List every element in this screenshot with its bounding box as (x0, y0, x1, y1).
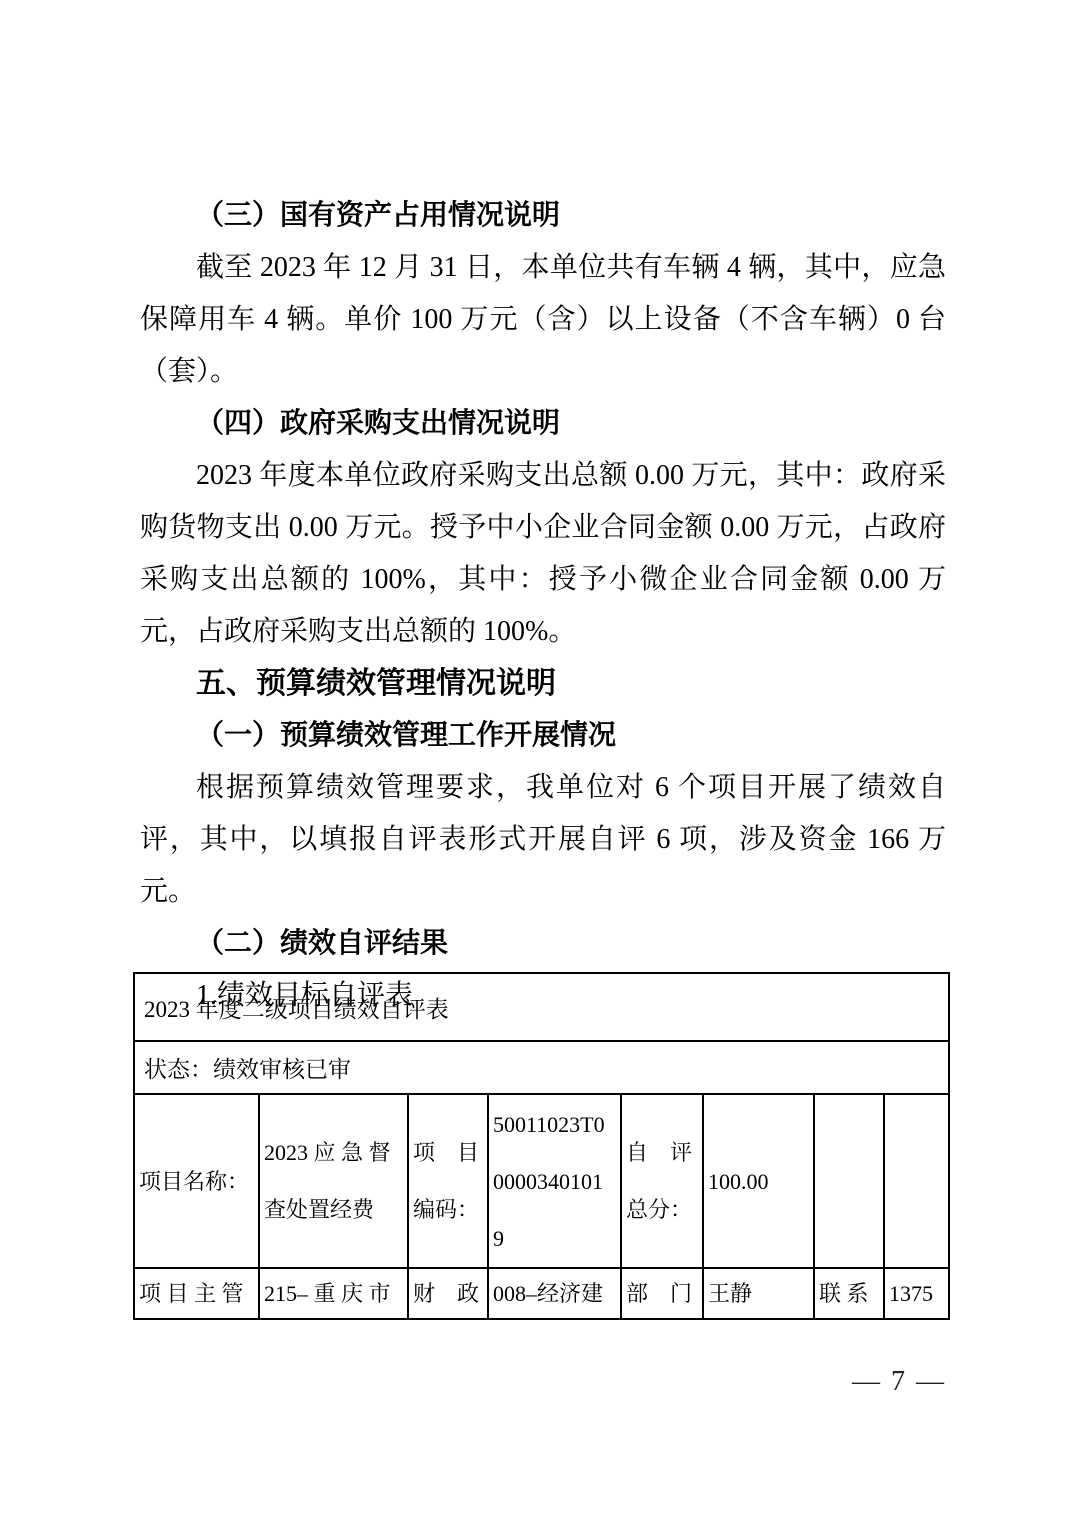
document-page: （三）国有资产占用情况说明 截至 2023 年 12 月 31 日，本单位共有车… (0, 0, 1074, 1520)
subheading-gov-procurement: （四）政府采购支出情况说明 (140, 398, 946, 450)
paragraph-gov-procurement: 2023 年度本单位政府采购支出总额 0.00 万元，其中：政府采购货物支出 0… (140, 450, 946, 658)
paragraph-state-assets: 截至 2023 年 12 月 31 日，本单位共有车辆 4 辆，其中，应急保障用… (140, 242, 946, 398)
table-status: 状态：绩效审核已审 (134, 1041, 949, 1094)
subheading-self-eval-result: （二）绩效自评结果 (140, 918, 946, 970)
cell-dept-label: 部 门 (621, 1268, 703, 1319)
cell-dept-code-value: 008–经济建 (488, 1268, 621, 1319)
cell-contact-name: 王静 (703, 1268, 814, 1319)
cell-project-name-label: 项目名称： (134, 1094, 259, 1268)
paragraph-performance-work: 根据预算绩效管理要求，我单位对 6 个项目开展了绩效自评，其中，以填报自评表形式… (140, 762, 946, 918)
cell-project-name-value: 2023 应 急 督 查处置经费 (259, 1094, 408, 1268)
cell-contact-label: 联 系 (814, 1268, 884, 1319)
document-body: （三）国有资产占用情况说明 截至 2023 年 12 月 31 日，本单位共有车… (140, 190, 946, 1022)
table-row-project-info: 项目名称： 2023 应 急 督 查处置经费 项 目 编码： 50011023T… (134, 1094, 949, 1268)
cell-manager-value: 215– 重 庆 市 (259, 1268, 408, 1319)
page-number: — 7 — (852, 1362, 946, 1402)
table-title-row: 2023 年度二级项目绩效自评表 (134, 973, 949, 1041)
cell-self-score-value: 100.00 (703, 1094, 814, 1268)
table-row-project-manager: 项 目 主 管 215– 重 庆 市 财 政 008–经济建 部 门 王静 联 … (134, 1268, 949, 1319)
cell-empty (814, 1094, 884, 1268)
subheading-performance-work: （一）预算绩效管理工作开展情况 (140, 710, 946, 762)
table-status-row: 状态：绩效审核已审 (134, 1041, 949, 1094)
table-title: 2023 年度二级项目绩效自评表 (134, 973, 949, 1041)
cell-project-code-value: 50011023T0 0000340101 9 (488, 1094, 621, 1268)
heading-budget-performance: 五、预算绩效管理情况说明 (140, 658, 946, 710)
cell-empty (884, 1094, 949, 1268)
cell-project-code-label: 项 目 编码： (408, 1094, 488, 1268)
cell-manager-label: 项 目 主 管 (134, 1268, 259, 1319)
performance-self-eval-table: 2023 年度二级项目绩效自评表 状态：绩效审核已审 项目名称： 2023 应 … (133, 972, 950, 1320)
cell-contact-phone: 1375 (884, 1268, 949, 1319)
cell-self-score-label: 自 评 总分： (621, 1094, 703, 1268)
subheading-state-assets: （三）国有资产占用情况说明 (140, 190, 946, 242)
cell-finance-label: 财 政 (408, 1268, 488, 1319)
